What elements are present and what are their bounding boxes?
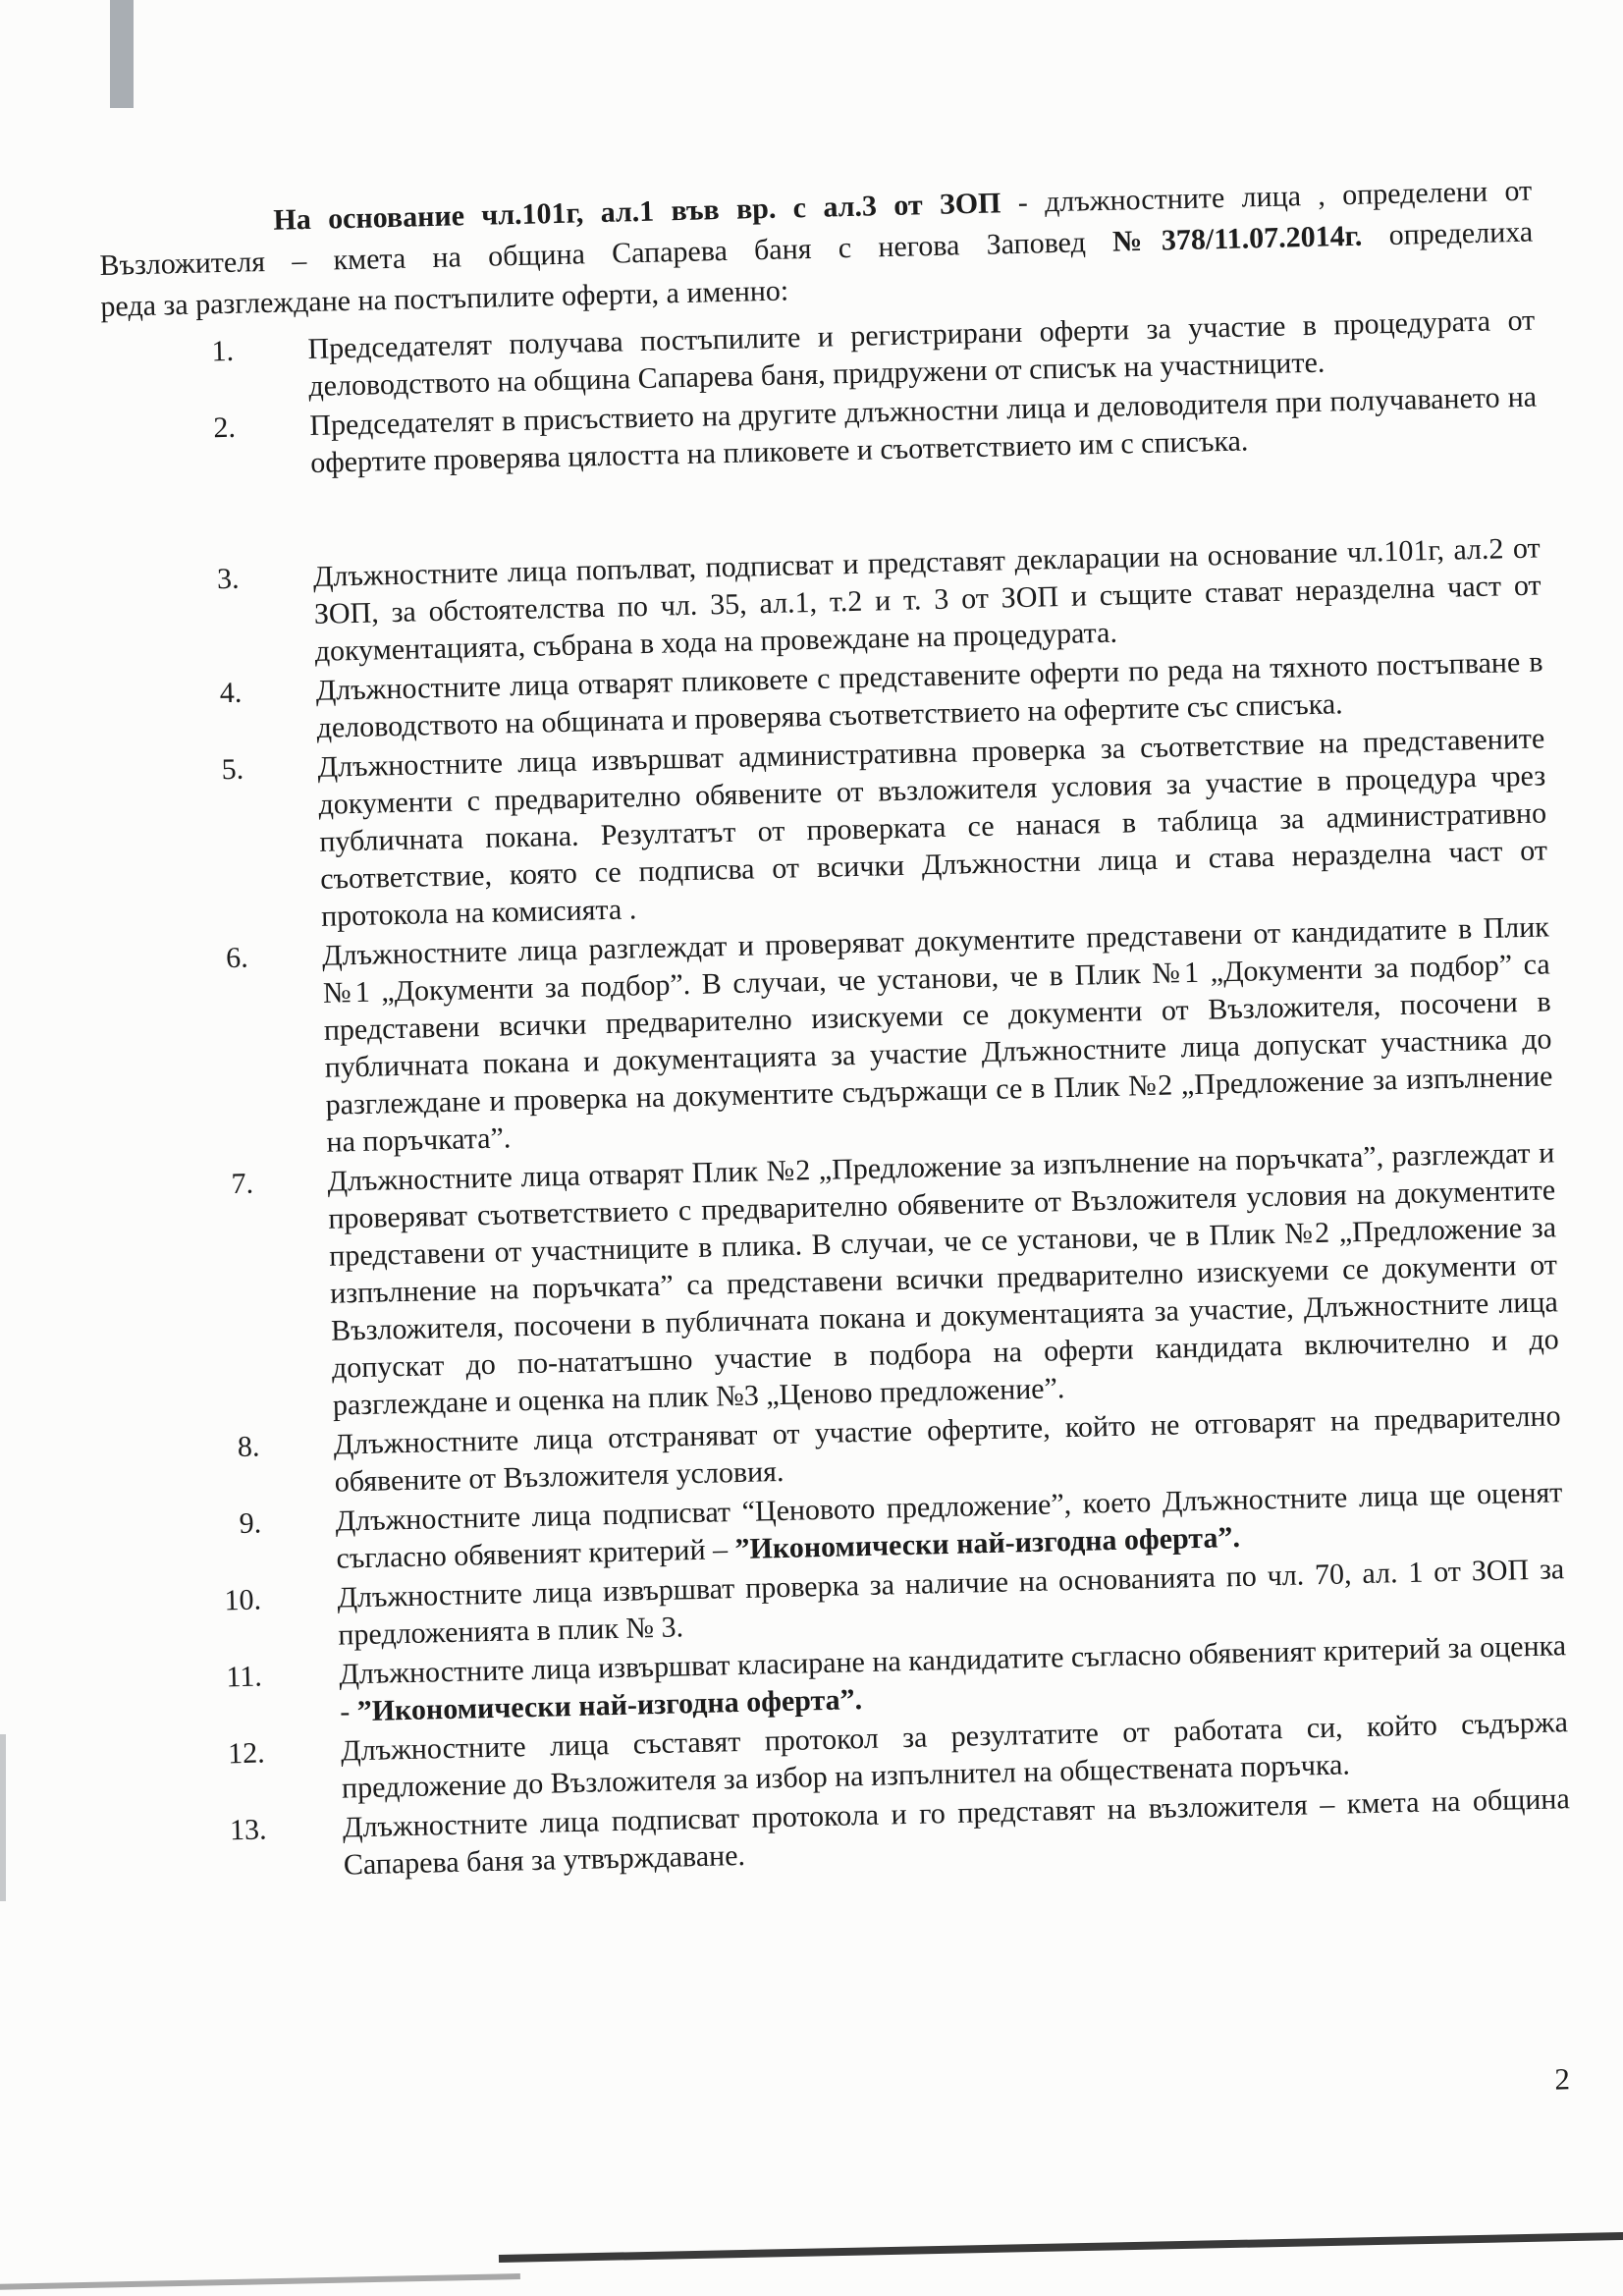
- heading-order-number: №378/11.07.2014г.: [1112, 220, 1363, 258]
- item-text: Длъжностните лица извършват администрати…: [317, 722, 1547, 932]
- item-number: 10.: [224, 1581, 261, 1619]
- item-number: 5.: [221, 751, 243, 790]
- heading-paragraph: На основание чл.101г, ал.1 във вр. с ал.…: [98, 171, 1535, 328]
- item-number: 8.: [237, 1428, 259, 1466]
- item-number: 7.: [231, 1166, 253, 1204]
- list-item: 6.Длъжностните лица разглеждат и проверя…: [116, 908, 1554, 1166]
- item-text-bold: ”Икономически най-изгодна оферта”.: [734, 1521, 1240, 1565]
- item-text: Длъжностните лица отварят Плик №2 „Предл…: [327, 1136, 1559, 1421]
- item-number: 1.: [211, 333, 234, 371]
- heading-line-2-post: определиха: [1362, 216, 1534, 252]
- item-text-bold: ”Икономически най-изгодна оферта”.: [356, 1683, 862, 1727]
- item-number: 9.: [239, 1504, 261, 1543]
- item-number: 4.: [219, 675, 242, 713]
- item-number: 11.: [226, 1658, 262, 1696]
- heading-line-1-rest: - длъжностните лица , определени от: [1001, 175, 1532, 220]
- document-page: На основание чл.101г, ал.1 във вр. с ал.…: [98, 171, 1571, 1889]
- page-number: 2: [1554, 2060, 1570, 2098]
- item-number: 12.: [228, 1734, 265, 1773]
- item-text: Длъжностните лица разглеждат и проверява…: [322, 910, 1553, 1158]
- scan-artifact-left-edge: [0, 1734, 6, 1901]
- scan-artifact-bottom-dark-line: [499, 2231, 1623, 2263]
- scan-artifact-bottom-gray-line: [0, 2273, 520, 2290]
- procedure-list: 1.Председателят получава постъпилите и р…: [101, 302, 1571, 1889]
- list-item: 5.Длъжностните лица извършват администра…: [111, 720, 1548, 940]
- item-number: 3.: [217, 561, 240, 599]
- item-number: 6.: [226, 940, 248, 978]
- scan-artifact-top-left: [110, 0, 134, 108]
- list-item: 7.Длъжностните лица отварят Плик №2 „Пре…: [121, 1134, 1560, 1429]
- item-number: 2.: [213, 410, 236, 448]
- item-number: 13.: [230, 1811, 267, 1849]
